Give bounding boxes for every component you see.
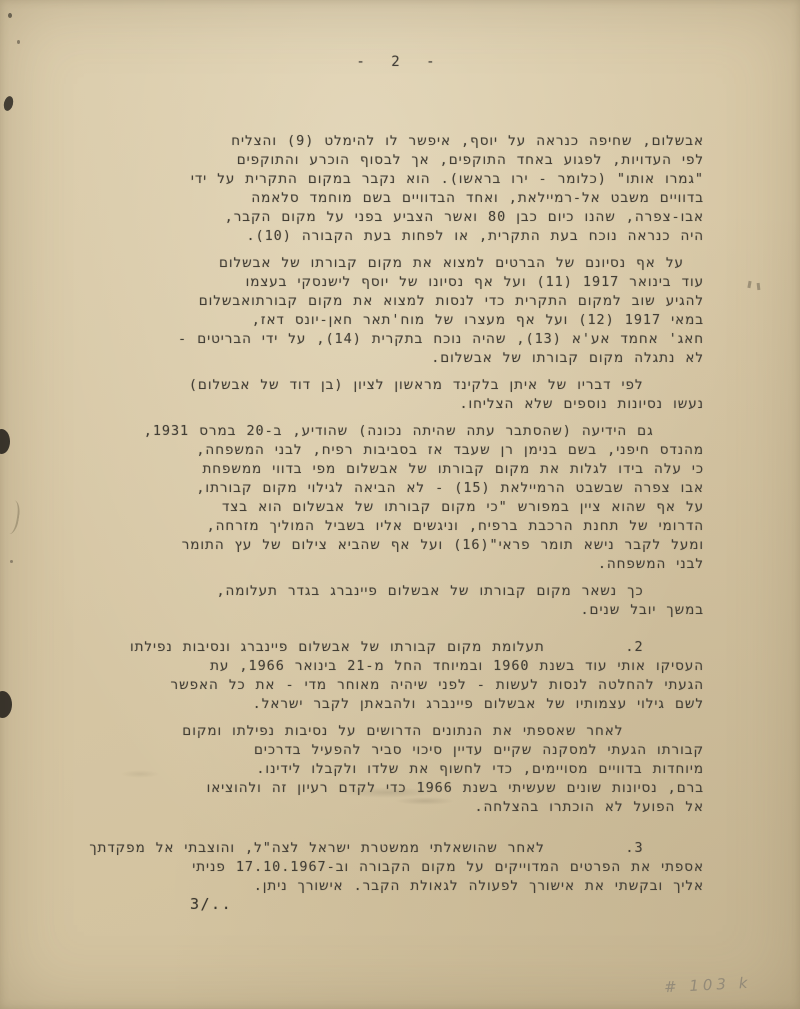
paragraph: על אף נסיונם של הברטים למצוא את מקום קבו… [60,254,704,368]
page-number: - 2 - [310,54,490,70]
paragraph: גם הידיעה (שהסתבר עתה שהיתה נכונה) שהודי… [60,422,704,574]
paragraph: לפי דבריו של איתן בלקינד מראשון לציון (ב… [60,376,704,414]
paragraph: כך נשאר מקום קבורתו של אבשלום פיינברג בג… [60,582,704,620]
paragraph-section-3: 3. לאחר שהושאלתי ממשטרת ישראל לצה"ל, והו… [60,839,704,896]
ink-stain [0,429,10,454]
ink-stain [0,691,12,718]
pencil-tick [747,281,751,288]
ink-speck [17,40,20,44]
ink-speck [8,13,12,18]
pencil-scribble [0,499,21,535]
pencil-tick [757,283,761,290]
smudge [395,797,455,805]
smudge [120,770,160,778]
scanned-document-page: - 2 - אבשלום, שחיפה כנראה על יוסף, איפשר… [0,0,800,1009]
paragraph: אבשלום, שחיפה כנראה על יוסף, איפשר לו לה… [60,132,704,246]
handwritten-archive-note: # 103 k [664,974,752,997]
ink-speck [10,560,13,563]
ink-stain [2,95,14,112]
continuation-mark: 3/.. [190,895,232,913]
paragraph-section-2: 2. תעלומת מקום קבורתו של אבשלום פיינברג … [60,638,704,714]
